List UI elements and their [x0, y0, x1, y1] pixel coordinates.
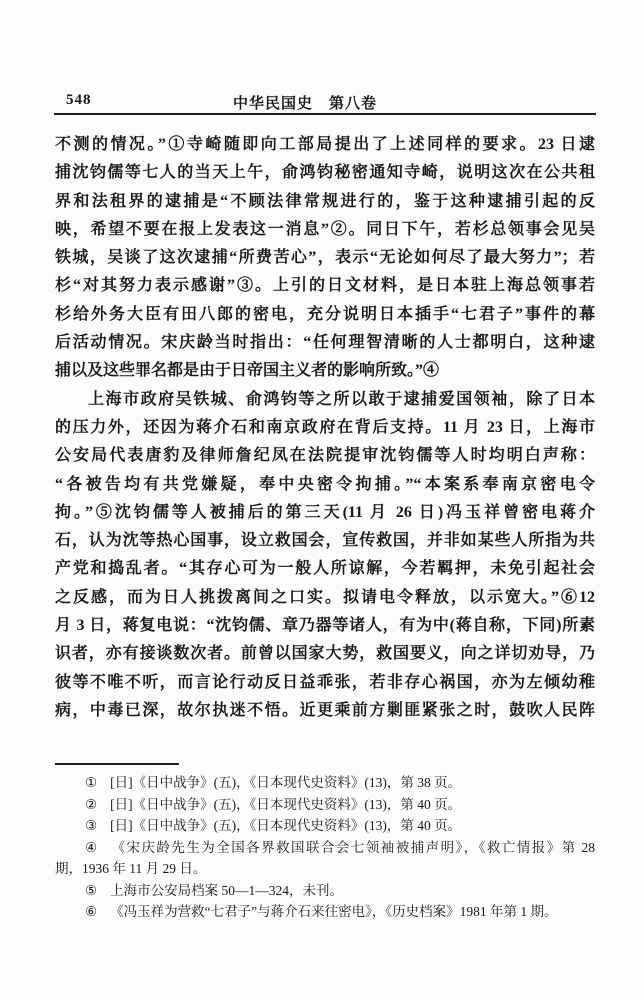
footnote-marker: ④	[85, 840, 99, 855]
body-line: 界和法租界的逮捕是“不顾法律常规进行的，鉴于这种逮捕引起的反	[55, 188, 595, 216]
body-line: “各被告均有共党嫌疑，奉中央密令拘捕。”“本案系奉南京密电令	[55, 471, 595, 499]
body-line: 彼等不唯不听，而言论行动反日益乖张，若非存心祸国，亦为左倾幼稚	[55, 669, 595, 697]
footnote-line: ④《宋庆龄先生为全国各界救国联合会七领袖被捕声明》，《救亡情报》第 28	[55, 837, 595, 859]
body-text: 不测的情况。”①寺崎随即向工部局提出了上述同样的要求。23 日逮 捕沈钧儒等七人…	[55, 131, 595, 725]
footnote-separator	[55, 763, 179, 765]
body-line: 拘。”⑤沈钧儒等人被捕后的第三天(11 月 26 日)冯玉祥曾密电蒋介	[55, 499, 595, 527]
footnotes: ①[日]《日中战争》(五)，《日本现代史资料》(13)，第 38 页。 ②[日]…	[55, 772, 595, 923]
body-line: 之反感，而为日人挑拨离间之口实。拟请电令释放，以示宽大。”⑥12	[55, 584, 595, 612]
body-line: 后活动情况。宋庆龄当时指出：“任何理智清晰的人士都明白，这种逮	[55, 329, 595, 357]
body-line: 月 3 日，蒋复电说：“沈钧儒、章乃器等诸人，有为中(蒋自称，下同)所素	[55, 612, 595, 640]
body-line: 产党和捣乱者。“其存心可为一般人所谅解，今若羁押，未免引起社会	[55, 555, 595, 583]
footnote-marker: ②	[85, 797, 97, 812]
body-line: 不测的情况。”①寺崎随即向工部局提出了上述同样的要求。23 日逮	[55, 131, 595, 159]
footnote-text: 上海市公安局档案 50—1—324，未刊。	[110, 883, 343, 898]
footnote-text: [日]《日中战争》(五)，《日本现代史资料》(13)，第 40 页。	[110, 818, 461, 833]
footnote-text: [日]《日中战争》(五)，《日本现代史资料》(13)，第 38 页。	[110, 775, 461, 790]
footnote-text: 《宋庆龄先生为全国各界救国联合会七领袖被捕声明》，《救亡情报》第 28	[112, 840, 595, 855]
footnote-line: ⑤上海市公安局档案 50—1—324，未刊。	[55, 880, 595, 902]
book-page: 548 中华民国史 第八卷 不测的情况。”①寺崎随即向工部局提出了上述同样的要求…	[0, 0, 644, 1000]
body-line: 上海市政府吴铁城、俞鸿钧等之所以敢于逮捕爱国领袖，除了日本	[55, 386, 595, 414]
body-line: 捕以及这些罪名都是由于日帝国主义者的影响所致。”④	[55, 357, 595, 385]
footnote-marker: ③	[85, 818, 97, 833]
footnote-line: ②[日]《日中战争》(五)，《日本现代史资料》(13)，第 40 页。	[55, 794, 595, 816]
footnote-line: ③[日]《日中战争》(五)，《日本现代史资料》(13)，第 40 页。	[55, 815, 595, 837]
body-line: 公安局代表唐豹及律师詹纪凤在法院提审沈钧儒等人时均明白声称：	[55, 442, 595, 470]
body-line: 杉“对其努力表示感谢”③。上引的日文材料，是日本驻上海总领事若	[55, 272, 595, 300]
footnote-text: 期，1936 年 11 月 29 日。	[55, 861, 206, 876]
body-line: 的压力外，还因为蒋介石和南京政府在背后支持。11 月 23 日，上海市	[55, 414, 595, 442]
running-title: 中华民国史 第八卷	[55, 92, 595, 113]
header-rule	[54, 113, 596, 115]
body-line: 识者，亦有接谈数次者。前曾以国家大势，救国要义，向之详切劝导，乃	[55, 640, 595, 668]
body-line: 映，希望不要在报上发表这一消息”②。同日下午，若杉总领事会见吴	[55, 216, 595, 244]
body-line: 铁城，吴谈了这次逮捕“所费苦心”，表示“无论如何尽了最大努力”；若	[55, 244, 595, 272]
body-line: 病，中毒已深，故尔执迷不悟。近更乘前方剿匪紧张之时，鼓吹人民阵	[55, 697, 595, 725]
footnote-marker: ⑤	[85, 883, 97, 898]
footnote-line: ①[日]《日中战争》(五)，《日本现代史资料》(13)，第 38 页。	[55, 772, 595, 794]
footnote-text: [日]《日中战争》(五)，《日本现代史资料》(13)，第 40 页。	[110, 797, 461, 812]
footnote-marker: ⑥	[85, 904, 97, 919]
footnote-continuation-line: 期，1936 年 11 月 29 日。	[55, 858, 595, 880]
footnote-marker: ①	[85, 775, 97, 790]
footnote-text: 《冯玉祥为营救“七君子”与蒋介石来往密电》，《历史档案》1981 年第 1 期。	[110, 904, 557, 919]
page-header: 548 中华民国史 第八卷	[55, 92, 595, 112]
body-line: 杉给外务大臣有田八郎的密电，充分说明日本插手“七君子”事件的幕	[55, 301, 595, 329]
footnote-line: ⑥《冯玉祥为营救“七君子”与蒋介石来往密电》，《历史档案》1981 年第 1 期…	[55, 901, 595, 923]
page-number: 548	[66, 92, 92, 109]
body-line: 捕沈钧儒等七人的当天上午，俞鸿钧秘密通知寺崎，说明这次在公共租	[55, 159, 595, 187]
body-line: 石，认为沈等热心国事，设立救国会，宣传救国，并非如某些人所指为共	[55, 527, 595, 555]
